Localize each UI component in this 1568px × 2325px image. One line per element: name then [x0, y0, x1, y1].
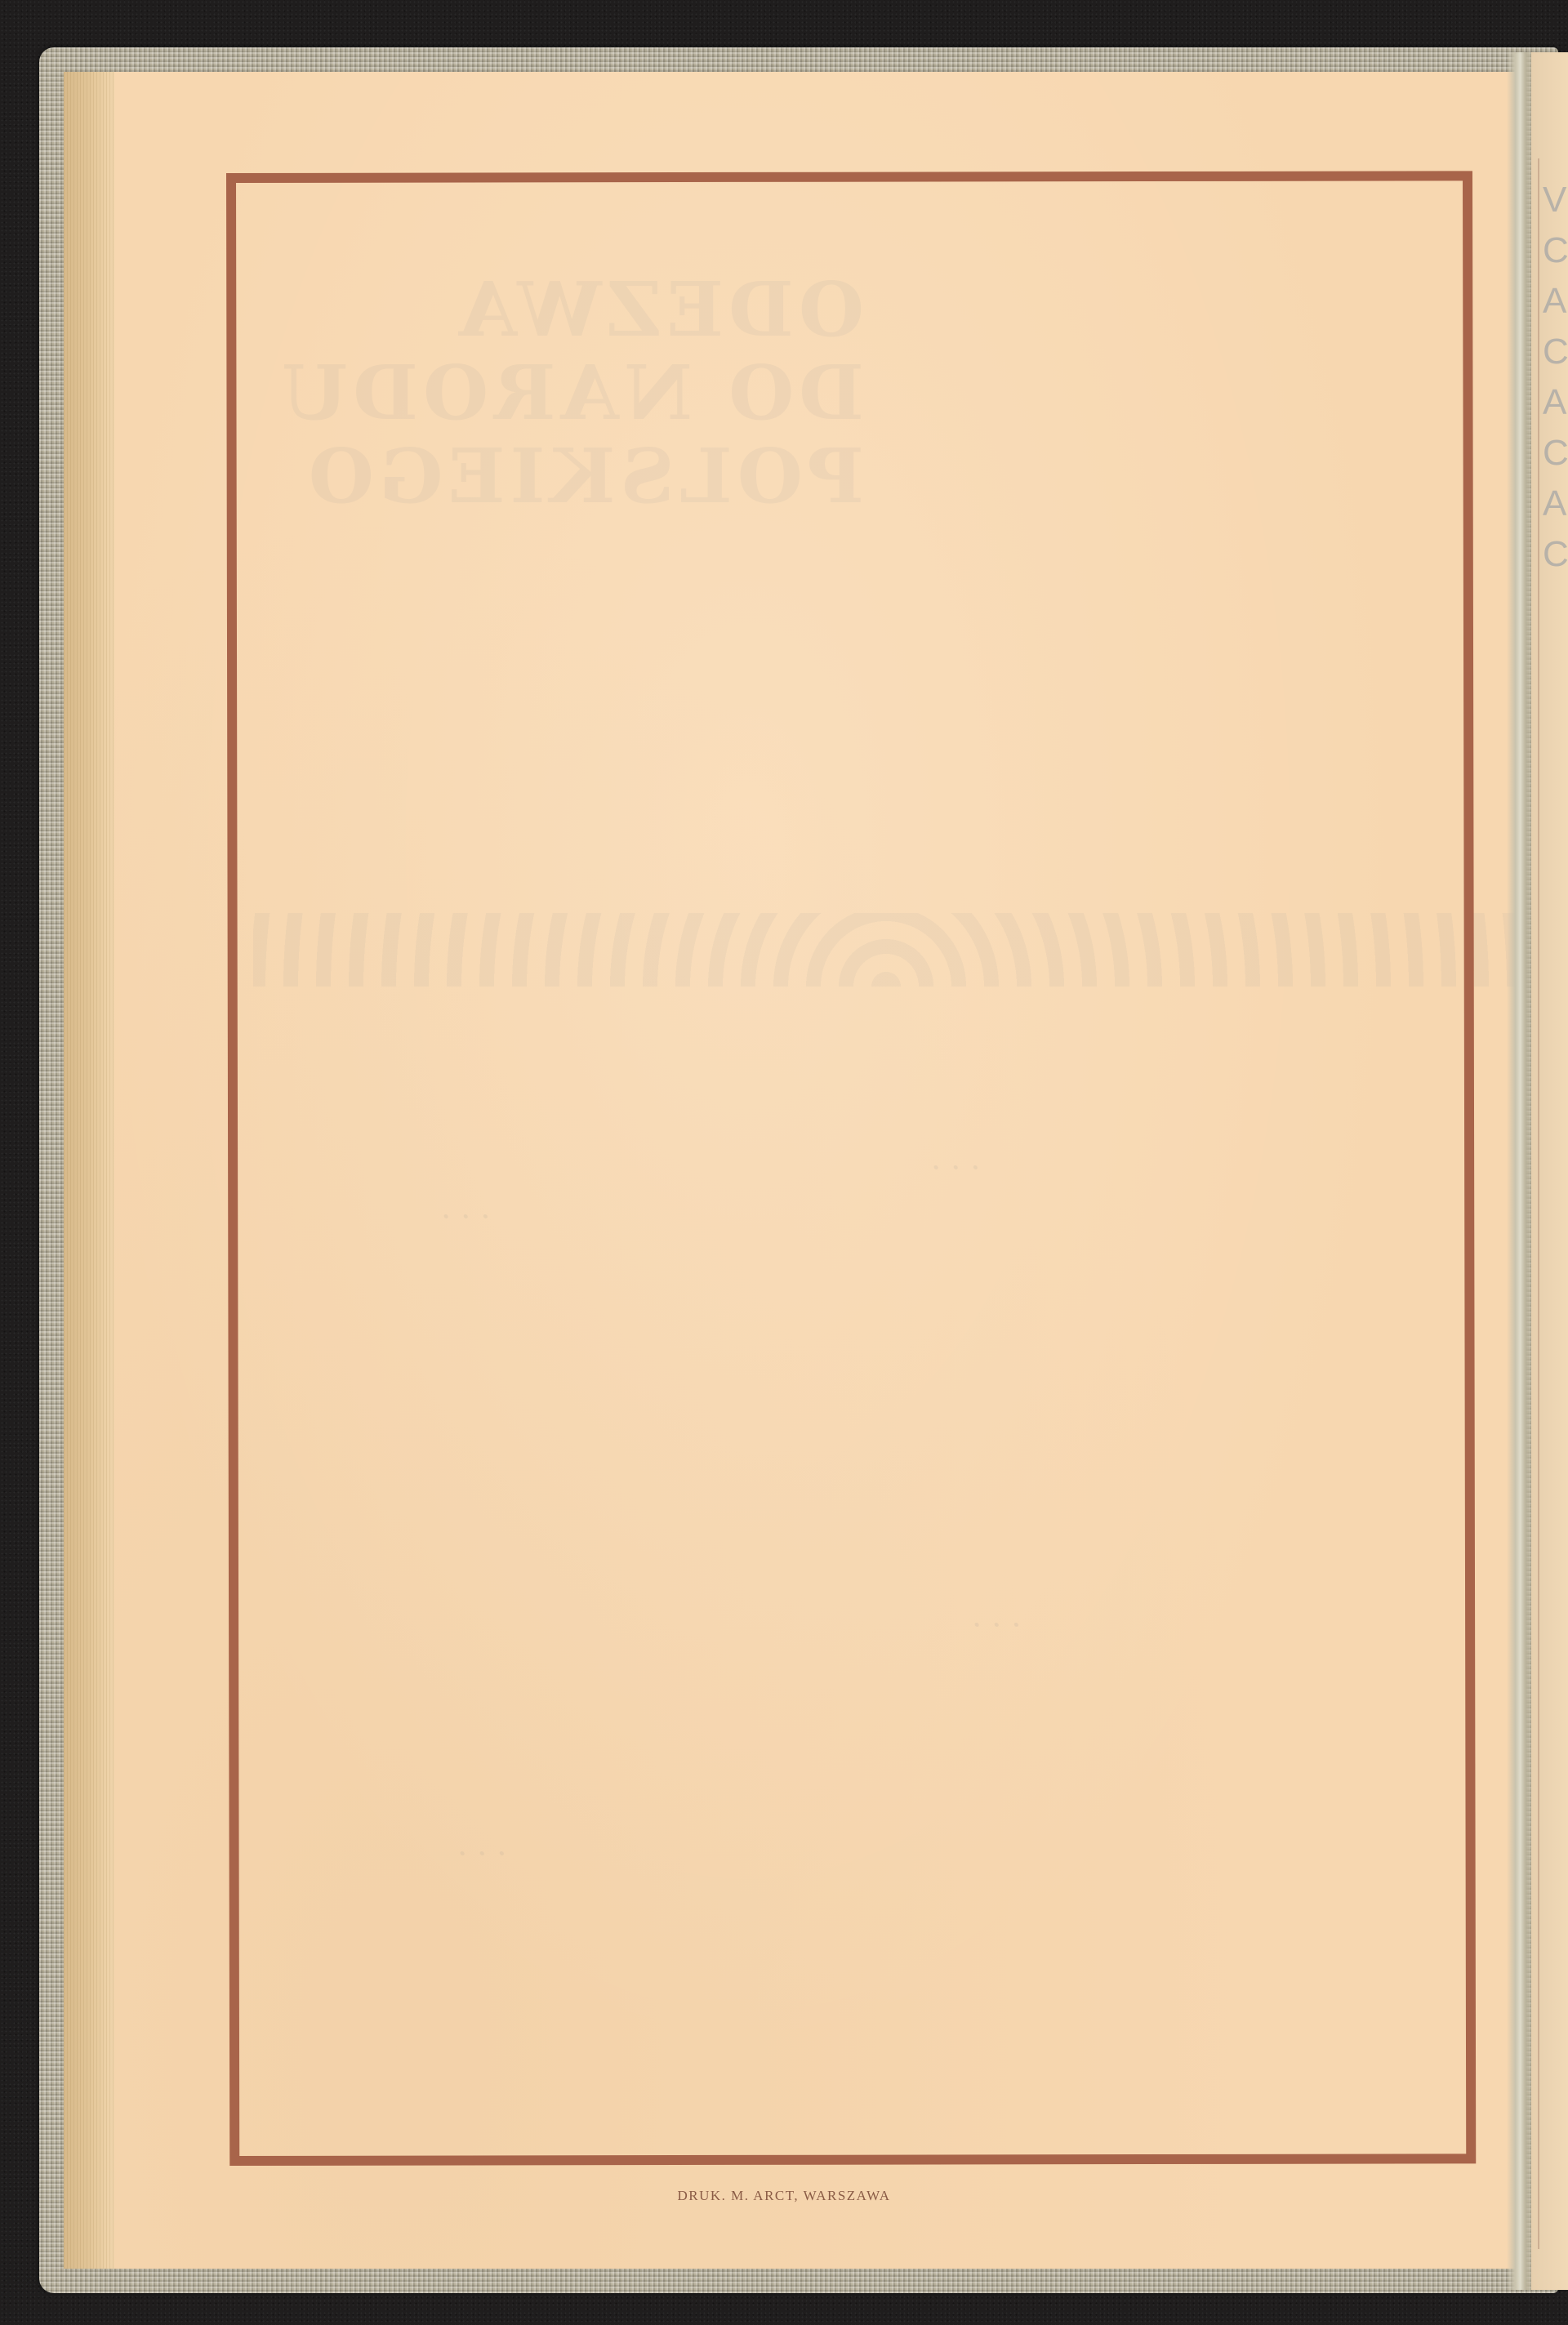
- facing-page-edge: VCACACAC: [1531, 52, 1568, 2290]
- page-edges-stack: [64, 72, 121, 2269]
- page-border-frame: [226, 171, 1476, 2166]
- book-gutter: [1507, 52, 1531, 2290]
- facing-page-letters: VCACACAC: [1543, 175, 1568, 580]
- printer-imprint: DRUK. M. ARCT, WARSZAWA: [0, 2188, 1568, 2204]
- facing-page-rule: [1538, 158, 1539, 2249]
